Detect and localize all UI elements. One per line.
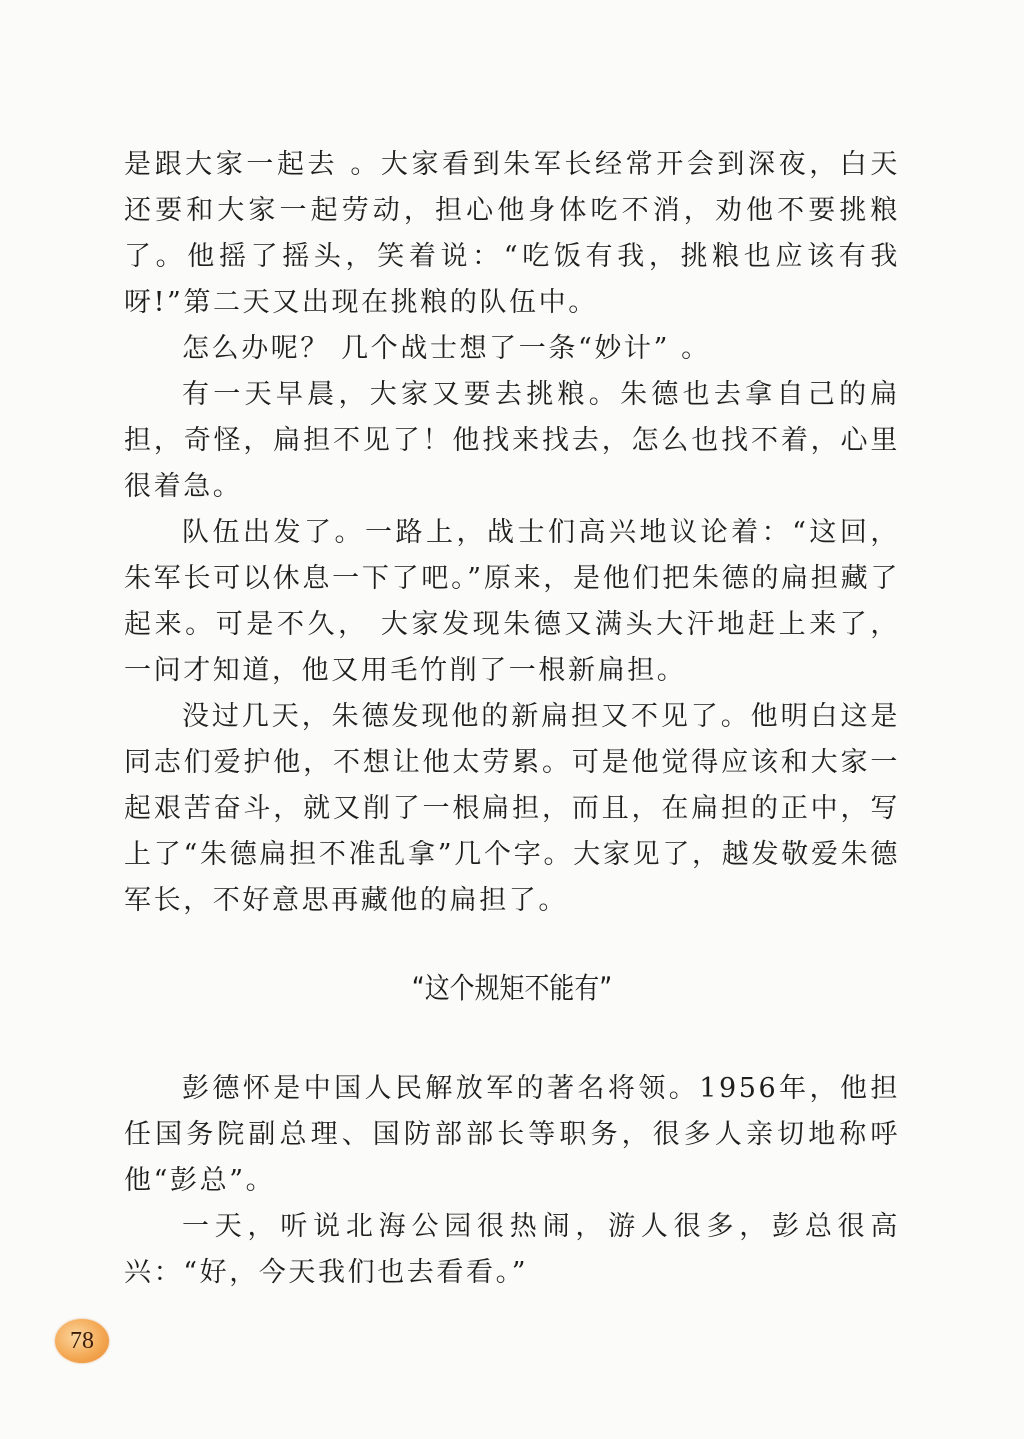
section-peng-dehuai-story: 彭德怀是中国人民解放军的著名将领。1956年，他担任国务院副总理、国防部部长等职… [124,1066,900,1296]
paragraph: 有一天早晨，大家又要去挑粮。朱德也去拿自己的扁担，奇怪，扁担不见了！他找来找去，… [124,372,900,510]
section-heading: “这个规矩不能有” [72,966,953,1007]
paragraph: 一天，听说北海公园很热闹，游人很多，彭总很高兴：“好，今天我们也去看看。” [124,1204,900,1296]
paragraph: 彭德怀是中国人民解放军的著名将领。1956年，他担任国务院副总理、国防部部长等职… [124,1066,900,1204]
page-number: 78 [70,1328,94,1355]
paragraph: 怎么办呢？ 几个战士想了一条“妙计” 。 [124,326,900,372]
textbook-page: 是跟大家一起去 。大家看到朱军长经常开会到深夜，白天还要和大家一起劳动，担心他身… [0,0,1024,1439]
page-number-badge: 78 [55,1319,109,1363]
paragraph: 队伍出发了。一路上，战士们高兴地议论着：“这回，朱军长可以休息一下了吧。”原来，… [124,510,900,694]
section-zhu-de-story: 是跟大家一起去 。大家看到朱军长经常开会到深夜，白天还要和大家一起劳动，担心他身… [124,142,900,924]
paragraph: 没过几天，朱德发现他的新扁担又不见了。他明白这是同志们爱护他，不想让他太劳累。可… [124,694,900,924]
paragraph: 是跟大家一起去 。大家看到朱军长经常开会到深夜，白天还要和大家一起劳动，担心他身… [124,142,900,326]
